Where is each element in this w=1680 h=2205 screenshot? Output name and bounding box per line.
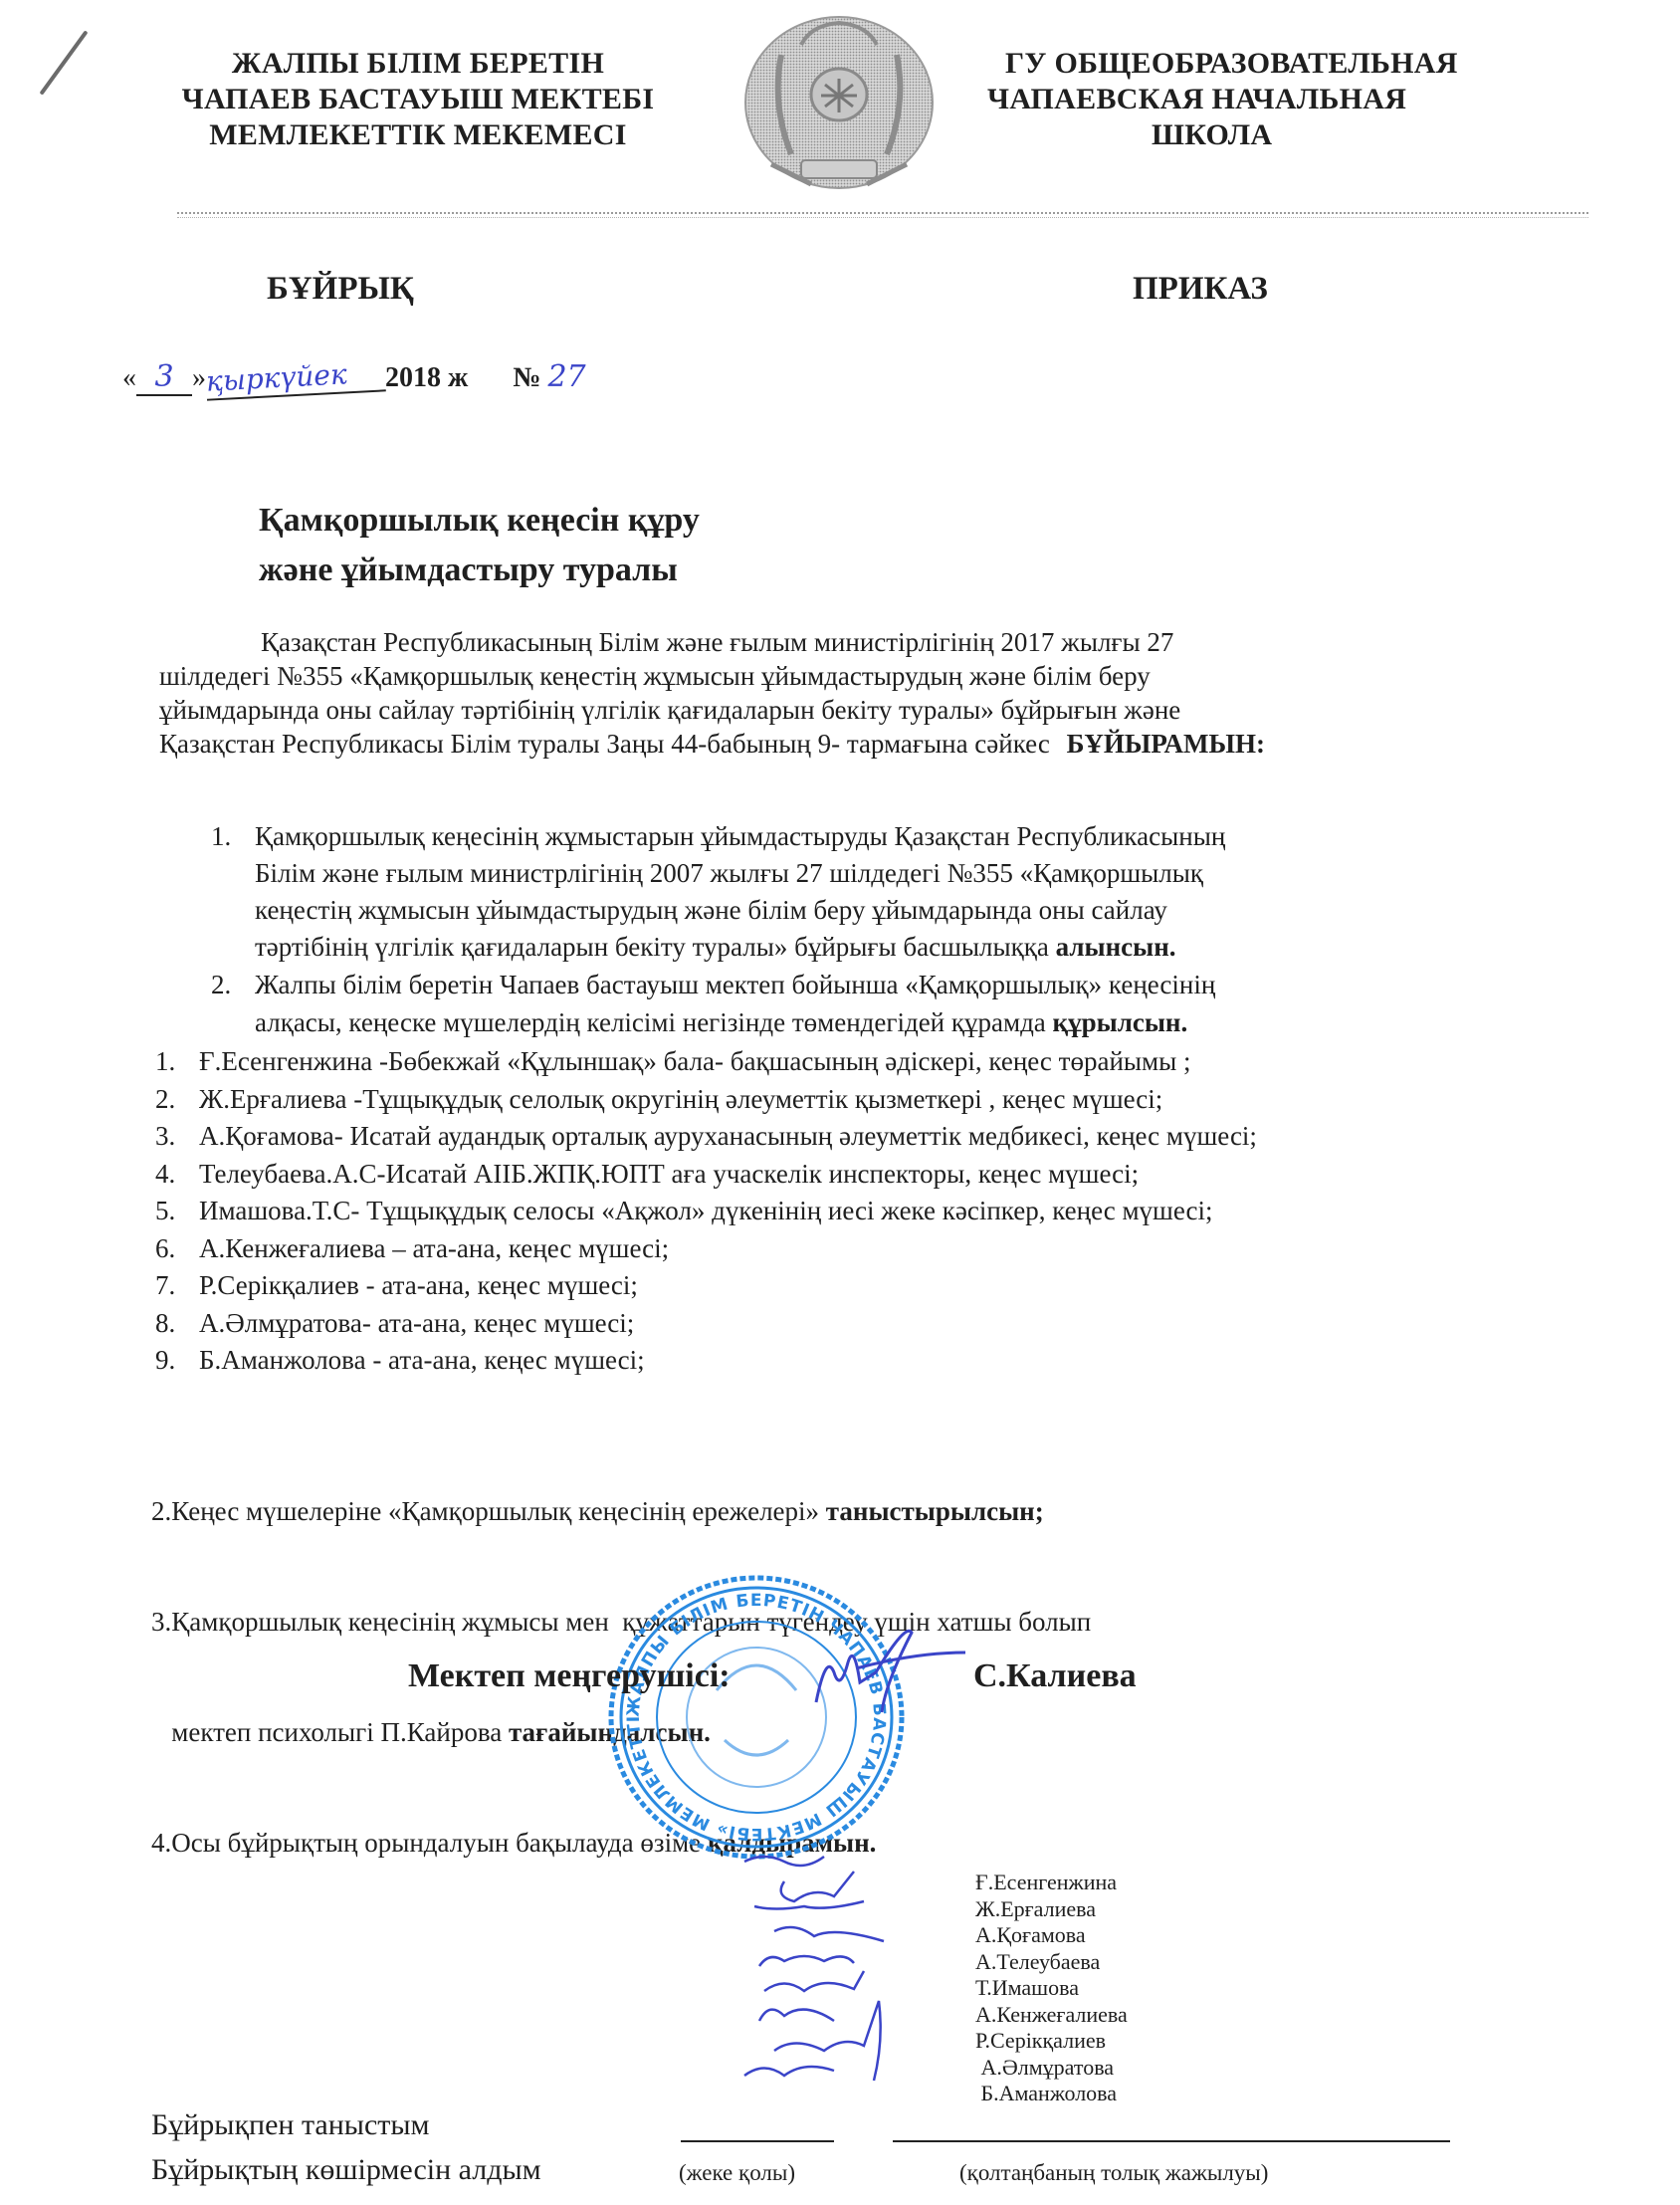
preamble-line-3: ұйымдарында оны сайлау тәртібінің үлгілі…	[159, 693, 1265, 727]
roster-name: А.Әлмұратова	[975, 2055, 1128, 2082]
date-close-quote: »	[192, 362, 206, 393]
date-open-quote: «	[122, 362, 136, 393]
header-divider-secondary	[177, 217, 1588, 218]
date-month-handwritten: қыркүйек	[205, 355, 386, 400]
order-item-1-number: 1.	[211, 818, 255, 855]
member-item: 5.Имашова.Т.С- Тұщықұдық селосы «Ақжол» …	[155, 1193, 1257, 1230]
roster-name: Ж.Ерғалиева	[975, 1896, 1128, 1923]
order-item-2: 2.Жалпы білім беретін Чапаев бастауыш ме…	[211, 966, 1215, 1041]
acknowledged-roster: Ғ.Есенгенжина Ж.Ерғалиева А.Қоғамова А.Т…	[975, 1870, 1128, 2107]
kazakhstan-state-emblem-icon	[741, 15, 937, 190]
header-left-kazakh: ЖАЛПЫ БІЛІМ БЕРЕТІН ЧАПАЕВ БАСТАУЫШ МЕКТ…	[159, 46, 677, 153]
order-number-label: №	[513, 362, 540, 393]
roster-name: Ғ.Есенгенжина	[975, 1870, 1128, 1896]
order-subject: Қамқоршылық кеңесін құру және ұйымдастыр…	[259, 496, 700, 595]
preamble: Қазақстан Республикасының Білім және ғыл…	[159, 625, 1265, 761]
header-right-russian: ГУ ОБЩЕОБРАЗОВАТЕЛЬНАЯ ЧАПАЕВСКАЯ НАЧАЛЬ…	[955, 46, 1553, 153]
members-list: 1.Ғ.Есенгенжина -Бөбекжай «Құлыншақ» бал…	[155, 1043, 1257, 1380]
header-left-line-2: ЧАПАЕВ БАСТАУЫШ МЕКТЕБІ	[159, 82, 677, 117]
preamble-line-4: Қазақстан Республикасы Білім туралы Заңы…	[159, 729, 1050, 759]
director-role: Мектеп меңгерушісі:	[408, 1657, 731, 1695]
footer-acknowledged-label: Бұйрықпен таныстым	[151, 2108, 430, 2142]
acknowledgement-signatures-icon	[715, 1852, 924, 2091]
date-number-line: «3»қыркүйек2018 ж № 27	[122, 360, 586, 396]
header-divider	[177, 212, 1588, 214]
roster-name: А.Телеубаева	[975, 1949, 1128, 1976]
fullname-field-line	[893, 2140, 1450, 2142]
order-item-2-directive: құрылсын.	[1053, 1007, 1188, 1037]
roster-name: Б.Аманжолова	[975, 2081, 1128, 2107]
director-name: С.Калиева	[973, 1657, 1137, 1695]
order-item-1: 1.Қамқоршылық кеңесінің жұмыстарын ұйымд…	[211, 818, 1225, 966]
order-item-1-line-2: Білім және ғылым министрлігінің 2007 жыл…	[211, 855, 1225, 892]
preamble-line-1: Қазақстан Республикасының Білім және ғыл…	[159, 625, 1265, 659]
roster-name: А.Кенжеғалиева	[975, 2002, 1128, 2029]
order-subject-line-2: және ұйымдастыру туралы	[259, 546, 700, 595]
header-left-line-1: ЖАЛПЫ БІЛІМ БЕРЕТІН	[159, 46, 677, 82]
order-item-1-line-1: Қамқоршылық кеңесінің жұмыстарын ұйымдас…	[255, 821, 1225, 851]
roster-name: А.Қоғамова	[975, 1922, 1128, 1949]
member-item: 6.А.Кенжеғалиева – ата-ана, кеңес мүшесі…	[155, 1230, 1257, 1268]
header-left-line-3: МЕМЛЕКЕТТІК МЕКЕМЕСІ	[159, 117, 677, 153]
director-signature-icon	[796, 1613, 975, 1722]
member-item: 8.А.Әлмұратова- ата-ана, кеңес мүшесі;	[155, 1305, 1257, 1343]
signature-field-line	[681, 2140, 834, 2142]
roster-name: Р.Серікқалиев	[975, 2028, 1128, 2055]
header-right-line-3: ШКОЛА	[955, 117, 1553, 153]
order-item-2-line-2: алқасы, кеңеске мүшелердің келісімі негі…	[255, 1007, 1046, 1037]
order-item-1-line-3: кеңестің жұмысын ұйымдастырудың және біл…	[211, 892, 1225, 929]
roster-name: Т.Имашова	[975, 1975, 1128, 2002]
preamble-line-2: шілдедегі №355 «Қамқоршылық кеңестің жұм…	[159, 659, 1265, 693]
header-right-line-2: ЧАПАЕВСКАЯ НАЧАЛЬНАЯ	[955, 82, 1553, 117]
date-day-handwritten: 3	[136, 360, 192, 396]
order-item-2-line-1: Жалпы білім беретін Чапаев бастауыш мект…	[255, 970, 1215, 999]
member-item: 2.Ж.Ерғалиева -Тұщықұдық селолық округін…	[155, 1081, 1257, 1119]
pen-mark-decoration	[39, 30, 88, 95]
date-year: 2018 ж	[385, 362, 468, 393]
header-right-line-1: ГУ ОБЩЕОБРАЗОВАТЕЛЬНАЯ	[955, 46, 1553, 82]
footer-copy-received-label: Бұйрықтың көшірмесін алдым	[151, 2153, 541, 2187]
member-item: 3.А.Қоғамова- Исатай аудандық орталық ау…	[155, 1118, 1257, 1156]
order-item-2-number: 2.	[211, 966, 255, 1003]
decree-word: БҰЙЫРАМЫН:	[1067, 729, 1265, 759]
title-kazakh: БҰЙРЫҚ	[267, 271, 414, 308]
fullname-field-caption: (қолтаңбаның толық жажылуы)	[959, 2160, 1268, 2186]
signature-field-caption: (жеке қолы)	[679, 2160, 795, 2186]
order-subject-line-1: Қамқоршылық кеңесін құру	[259, 496, 700, 546]
order-item-1-directive: алынсын.	[1056, 932, 1176, 962]
further-order-2: 2.Кеңес мүшелеріне «Қамқоршылық кеңесіні…	[151, 1493, 1091, 1530]
order-number-handwritten: 27	[547, 359, 585, 394]
title-russian: ПРИКАЗ	[1133, 271, 1268, 308]
member-item: 4.Телеубаева.А.С-Исатай АІІБ.ЖПҚ.ЮПТ аға…	[155, 1156, 1257, 1194]
order-item-1-line-4: тәртібінің үлгілік қағидаларын бекіту ту…	[255, 932, 1049, 962]
member-item: 1.Ғ.Есенгенжина -Бөбекжай «Құлыншақ» бал…	[155, 1043, 1257, 1081]
member-item: 7.Р.Серікқалиев - ата-ана, кеңес мүшесі;	[155, 1267, 1257, 1305]
member-item: 9.Б.Аманжолова - ата-ана, кеңес мүшесі;	[155, 1342, 1257, 1380]
